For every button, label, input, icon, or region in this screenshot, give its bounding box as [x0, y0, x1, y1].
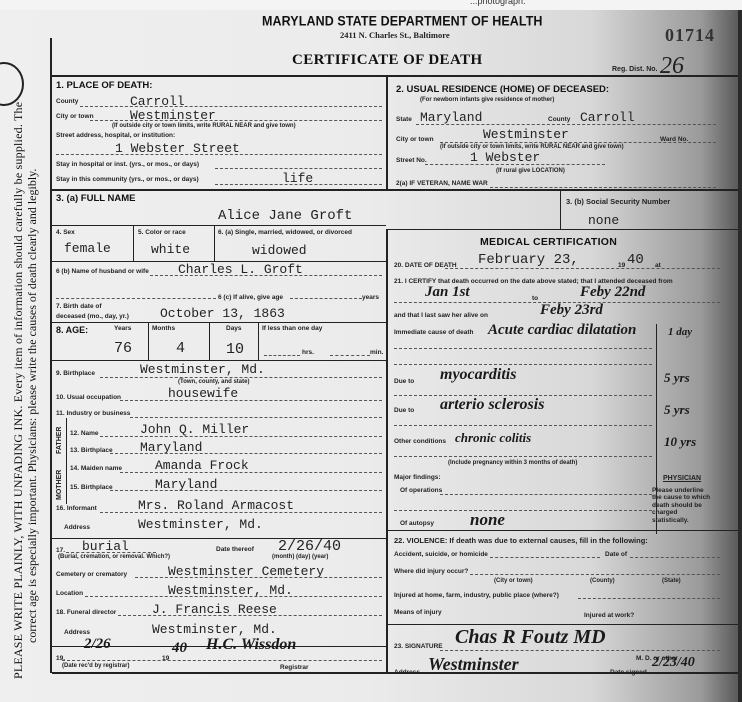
date-of-line — [630, 557, 720, 558]
city-note: (City or town) — [494, 578, 533, 584]
death-city: Westminster — [130, 108, 216, 123]
autopsy-label: Of autopsy — [400, 520, 434, 527]
injured-at-line — [578, 598, 720, 599]
min-label: min. — [370, 349, 383, 356]
side-instructions: PLEASE WRITE PLAINLY, WITH UNFADING INK.… — [0, 10, 46, 702]
location-line — [85, 596, 382, 597]
residence-city-label: City or town — [396, 136, 434, 143]
registrar-line — [62, 660, 382, 661]
other-conditions: chronic colitis — [455, 430, 531, 446]
county-line — [80, 106, 382, 107]
age-label: 8. AGE: — [56, 325, 88, 335]
rule-4 — [52, 225, 386, 226]
rule-9 — [52, 360, 386, 361]
mother-birthplace-line — [110, 490, 382, 491]
age-months: 4 — [176, 340, 185, 357]
spouse-age-line — [290, 298, 362, 299]
accident-line — [490, 557, 600, 558]
residence-state: Maryland — [420, 110, 482, 125]
date-of-death: February 23, — [478, 252, 579, 268]
side-instruction-line-1: PLEASE WRITE PLAINLY, WITH UNFADING INK.… — [11, 29, 25, 679]
age-div-3 — [258, 322, 259, 360]
mother-birthplace-label: 15. Birthplace — [70, 484, 113, 491]
race-divider — [214, 225, 215, 261]
veteran-label: 2(a) IF VETERAN, NAME WAR — [396, 180, 488, 187]
father-tag: FATHER — [56, 427, 63, 454]
sig-address: Westminster — [428, 654, 519, 675]
stay-community-label: Stay in this community (yrs., or mos., o… — [56, 176, 199, 183]
mother-maiden: Amanda Frock — [155, 458, 249, 473]
immediate-cause-label: Immediate cause of death — [394, 329, 473, 336]
col-divider-top — [386, 77, 388, 189]
due-to-label-2: Due to — [394, 407, 414, 414]
physician-box-title: PHYSICIAN — [652, 475, 712, 483]
physician-note-box: PHYSICIAN Please underline the cause to … — [652, 475, 712, 524]
disposition-date-label: Date thereof — [216, 546, 254, 553]
physician-signature: Chas R Foutz MD — [455, 626, 606, 649]
residence-county: Carroll — [580, 110, 635, 125]
occupation-value: housewife — [168, 386, 238, 401]
state-line — [416, 124, 716, 125]
county-note: (County) — [590, 578, 615, 584]
major-findings-label: Major findings: — [394, 474, 441, 481]
sex-divider — [133, 225, 134, 261]
industry-label: 11. Industry or business — [56, 410, 130, 417]
duration-1: 1 day — [668, 326, 692, 338]
where-label: Where did injury occur? — [394, 568, 468, 575]
race-value: white — [151, 242, 190, 257]
informant-line — [100, 512, 382, 513]
mother-tag: MOTHER — [56, 470, 63, 500]
father-name: John Q. Miller — [140, 422, 249, 437]
spouse-line — [150, 275, 382, 276]
rural-note: (If rural give LOCATION) — [496, 168, 565, 174]
signature-line — [440, 650, 720, 651]
occupation-line — [120, 400, 382, 401]
age-div-2 — [209, 322, 210, 360]
years-col: Years — [114, 325, 131, 332]
department-address: 2411 N. Charles St., Baltimore — [340, 30, 450, 40]
stay-hospital-label: Stay in hospital or inst. (yrs., or mos.… — [56, 161, 199, 168]
funeral-director-line — [118, 615, 382, 616]
disposition-num: 17. — [56, 547, 65, 554]
years-label: years — [362, 294, 379, 301]
street-label: Street address, hospital, or institution… — [56, 132, 175, 139]
medical-heading: MEDICAL CERTIFICATION — [480, 236, 617, 248]
birthplace-note: (Town, county, and state) — [178, 379, 249, 385]
due-to-1: myocarditis — [440, 366, 516, 384]
death-year: 40 — [627, 252, 644, 268]
residence-note: (For newborn infants give residence of m… — [420, 97, 554, 103]
other-conditions-line — [394, 456, 652, 457]
last-saw-label: and that I last saw her alive on — [394, 312, 488, 319]
residence-heading: 2. USUAL RESIDENCE (HOME) OF DECEASED: — [396, 84, 609, 95]
death-street: 1 Webster Street — [115, 141, 240, 156]
rule-8 — [52, 322, 386, 323]
informant-address-label: Address — [64, 524, 90, 531]
header-rule — [52, 75, 738, 77]
street-no-line — [425, 164, 605, 165]
autopsy-value: none — [470, 510, 505, 530]
age-years: 76 — [114, 340, 132, 357]
place-of-death-heading: 1. PLACE OF DEATH: — [56, 80, 152, 91]
hrs-line — [264, 355, 300, 356]
immediate-cause-line — [394, 348, 652, 349]
spouse-label: 6 (b) Name of husband or wife — [56, 268, 149, 275]
birth-label-1: 7. Birth date of — [56, 303, 102, 310]
rule-23 — [386, 624, 738, 625]
duration-4: 10 yrs — [664, 434, 696, 450]
birth-date: October 13, 1863 — [160, 306, 285, 321]
sex-label: 4. Sex — [56, 229, 75, 236]
father-name-line — [100, 436, 382, 437]
industry-line — [130, 417, 382, 418]
due-to-line-2 — [394, 425, 652, 426]
state-note: (State) — [662, 578, 681, 584]
date-of-death-line — [445, 268, 720, 269]
residence-city-line — [440, 142, 716, 143]
date-of-label: Date of — [605, 551, 627, 558]
occupation-label: 10. Usual occupation — [56, 394, 121, 401]
department-name: MARYLAND STATE DEPARTMENT OF HEALTH — [262, 13, 543, 28]
col-divider-main — [386, 229, 388, 673]
marital-label: 6. (a) Single, married, widowed, or divo… — [218, 229, 352, 236]
city-label: City or town — [56, 113, 94, 120]
marital-value: widowed — [252, 243, 307, 258]
injured-at-label: Injured at home, farm, industry, public … — [394, 592, 559, 599]
left-border — [50, 38, 52, 673]
sig-address-label: Address — [394, 669, 420, 676]
top-strip-text: ...photograph. — [470, 0, 526, 6]
father-birthplace-label: 13. Birthplace — [70, 447, 113, 454]
registrar-year: 40 — [172, 640, 187, 657]
hrs-label: hrs. — [302, 349, 314, 356]
violence-heading: 22. VIOLENCE: If death was due to extern… — [394, 536, 648, 545]
funeral-director-label: 18. Funeral director — [56, 609, 116, 616]
fd-address-label: Address — [64, 629, 90, 636]
other-conditions-label: Other conditions — [394, 438, 446, 445]
residence-street: 1 Webster — [470, 150, 540, 165]
age-days: 10 — [226, 341, 244, 358]
ssn-value: none — [588, 213, 619, 228]
certificate-number: 01714 — [665, 25, 715, 46]
parent-divider — [66, 418, 67, 504]
residence-city: Westminster — [483, 127, 569, 142]
state-label: State — [396, 116, 412, 123]
immediate-cause: Acute cardiac dilatation — [488, 322, 636, 339]
birthplace-line — [100, 377, 382, 378]
mother-maiden-label: 14. Maiden name — [70, 465, 122, 472]
less-than-day-label: If less than one day — [262, 325, 322, 332]
means-label: Means of injury — [394, 609, 442, 616]
operations-line — [440, 494, 652, 495]
operations-line-2 — [394, 510, 652, 511]
attended-from: Jan 1st — [425, 284, 470, 301]
stay-hospital-line — [215, 168, 382, 169]
pregnancy-note: (Include pregnancy within 3 months of de… — [448, 460, 577, 466]
spouse-age-label: 6 (c) If alive, give age — [218, 294, 283, 301]
informant-address: Westminster, Md. — [138, 517, 263, 532]
min-line — [330, 355, 370, 356]
physician-box-text: Please underline the cause to which deat… — [652, 487, 710, 524]
months-col: Months — [152, 325, 175, 332]
signature-label: 23. SIGNATURE — [394, 643, 443, 650]
certificate-title: CERTIFICATE OF DEATH — [292, 52, 483, 69]
rule-med — [386, 229, 738, 230]
disposition-date-note: (month) (day) (year) — [272, 554, 328, 560]
disposition-date: 2/26/40 — [278, 538, 341, 555]
full-name: Alice Jane Groft — [218, 208, 352, 224]
rule-3 — [52, 189, 738, 191]
birthplace-value: Westminster, Md. — [140, 362, 265, 377]
rule-22 — [386, 530, 738, 531]
ssn-label: 3. (b) Social Security Number — [566, 197, 670, 206]
due-to-label-1: Due to — [394, 378, 414, 385]
reg-dist-label: Reg. Dist. No. — [612, 66, 658, 73]
sex-value: female — [64, 241, 111, 256]
age-div-1 — [148, 322, 149, 360]
to-label: to — [532, 295, 538, 302]
death-county: Carroll — [130, 94, 185, 109]
top-strip: ...photograph. — [0, 0, 742, 10]
mother-maiden-line — [120, 472, 382, 473]
registrar-signature: H.C. Wissdon — [206, 636, 296, 654]
accident-label: Accident, suicide, or homicide — [394, 551, 488, 558]
last-saw: Feby 23rd — [540, 302, 603, 319]
stay-community: life — [282, 171, 313, 186]
full-name-label: 3. (a) FULL NAME — [56, 193, 136, 204]
veteran-line — [490, 187, 716, 188]
duration-3: 5 yrs — [664, 402, 690, 418]
disposition-line — [66, 552, 156, 553]
spouse-line-2 — [56, 298, 216, 299]
days-col: Days — [226, 325, 242, 332]
where-line — [470, 574, 720, 575]
residence-county-label: County — [548, 116, 570, 123]
cemetery-line — [135, 577, 382, 578]
attended-to: Feby 22nd — [580, 284, 645, 301]
duration-2: 5 yrs — [664, 370, 690, 386]
registrar-date: 2/26 — [84, 636, 111, 653]
location-label: Location — [56, 590, 83, 597]
street-no-label: Street No. — [396, 157, 427, 164]
date-signed-label: Date signed — [610, 669, 647, 676]
registrar-label: Registrar — [280, 664, 309, 671]
registrar-date-note: (Date rec'd by registrar) — [62, 663, 129, 669]
father-birthplace-line — [110, 453, 382, 454]
disposition-note: (Burial, cremation, or removal. Which?) — [58, 554, 170, 560]
county-label: County — [56, 98, 78, 105]
immediate-cause-line-2 — [394, 364, 652, 365]
race-label: 5. Color or race — [138, 229, 186, 236]
at-work-label: Injured at work? — [584, 612, 634, 619]
operations-label: Of operations — [400, 487, 442, 494]
fd-address: Westminster, Md. — [152, 622, 277, 637]
father-name-label: 12. Name — [70, 430, 99, 437]
informant-name: Mrs. Roland Armacost — [138, 498, 294, 513]
due-to-2: arterio sclerosis — [440, 396, 544, 414]
death-city-note: (If outside city or town limits, write R… — [112, 123, 296, 129]
birthplace-label: 9. Birthplace — [56, 370, 95, 377]
date-signed: 2/23/40 — [652, 655, 695, 671]
birth-label-2: deceased (mo., day, yr.) — [56, 313, 129, 320]
ssn-divider — [560, 191, 561, 229]
side-instruction-line-2: correct age is especially important. Phy… — [25, 29, 39, 679]
informant-label: 16. Informant — [56, 505, 97, 512]
cemetery-label: Cemetery or crematory — [56, 571, 127, 578]
